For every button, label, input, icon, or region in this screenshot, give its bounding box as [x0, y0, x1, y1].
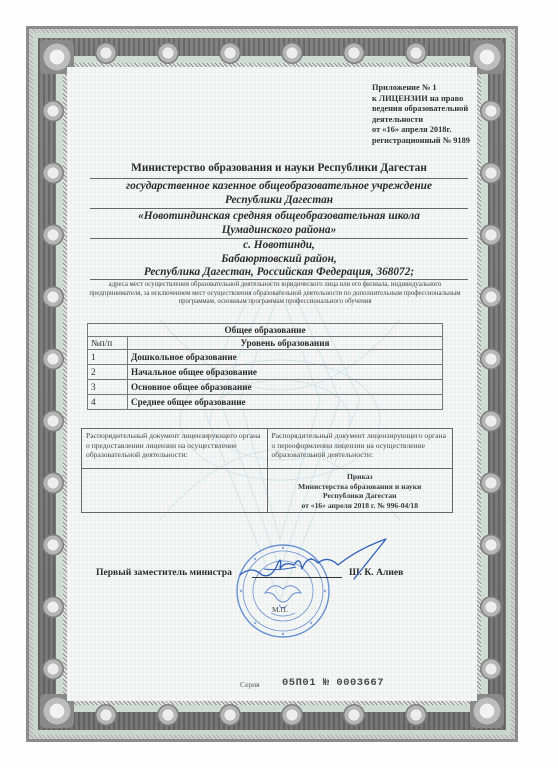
- frame-ornament-icon: [42, 658, 64, 680]
- table-row: 4 Среднее общее образование: [88, 395, 443, 410]
- frame-ornament-icon: [343, 42, 365, 64]
- frame-ornament-icon: [480, 534, 502, 556]
- grant-document-header: Распорядительный документ лицензирующего…: [82, 429, 268, 469]
- table-row: 3 Основное общее образование: [88, 380, 443, 395]
- frame-ornament-icon: [42, 348, 64, 370]
- stamp-label: М.П.: [272, 605, 288, 614]
- address-note: адреса мест осуществления образовательно…: [85, 281, 465, 307]
- signer-title: Первый заместитель министра: [96, 567, 232, 578]
- school-name: «Новотиндинская средняя общеобразователь…: [90, 210, 468, 237]
- frame-ornament-icon: [343, 704, 365, 726]
- frame-ornament-icon: [281, 42, 303, 64]
- frame-ornament-icon: [480, 286, 502, 308]
- row-level: Среднее общее образование: [128, 395, 443, 410]
- reissue-document-value: Приказ Министерства образования и науки …: [267, 469, 453, 513]
- frame-ornament-icon: [405, 42, 427, 64]
- row-number: 1: [88, 350, 128, 365]
- frame-ornament-icon: [480, 224, 502, 246]
- frame-ornament-icon: [42, 534, 64, 556]
- frame-ornament-icon: [95, 42, 117, 64]
- frame-ornament-icon: [95, 704, 117, 726]
- education-levels-table: Общее образование №п/п Уровень образован…: [87, 323, 443, 410]
- series-number: 05П01 № 0003667: [282, 677, 384, 689]
- table-caption: Общее образование: [88, 324, 443, 337]
- appendix-reference: Приложение № 1 к ЛИЦЕНЗИИ на право веден…: [372, 83, 512, 147]
- frame-ornament-icon: [219, 42, 241, 64]
- row-number: 2: [88, 365, 128, 380]
- frame-ornament-icon: [480, 658, 502, 680]
- series-label: Серия: [240, 680, 260, 689]
- row-number: 3: [88, 380, 128, 395]
- frame-ornament-icon: [42, 100, 64, 122]
- column-header-number: №п/п: [88, 337, 128, 350]
- frame-ornament-icon: [42, 162, 64, 184]
- appendix-line: ведения образовательной: [372, 104, 512, 115]
- frame-ornament-icon: [42, 472, 64, 494]
- divider: [90, 208, 468, 209]
- order-line: Приказ: [272, 472, 449, 482]
- frame-ornament-icon: [480, 596, 502, 618]
- frame-ornament-icon: [42, 410, 64, 432]
- order-line: Республики Дагестан: [272, 491, 449, 501]
- license-documents-table: Распорядительный документ лицензирующего…: [81, 428, 453, 513]
- frame-ornament-icon: [480, 348, 502, 370]
- frame-ornament-icon: [42, 596, 64, 618]
- table-row: 1 Дошкольное образование: [88, 350, 443, 365]
- appendix-line: Приложение № 1: [372, 83, 512, 94]
- row-level: Начальное общее образование: [128, 365, 443, 380]
- column-header-level: Уровень образования: [128, 337, 443, 350]
- order-line: Министерства образования и науки: [272, 482, 449, 492]
- school-address: с. Новотинди, Бабаюртовский район, Респу…: [90, 239, 468, 280]
- address-line: Республика Дагестан, Российская Федераци…: [90, 266, 468, 280]
- divider: [90, 279, 468, 280]
- address-line: с. Новотинди,: [90, 239, 468, 253]
- appendix-line: регистрационный № 9189: [372, 136, 512, 147]
- frame-ornament-icon: [157, 704, 179, 726]
- order-line: от «16» апреля 2018 г. № 996-04/18: [272, 501, 449, 511]
- ministry-heading: Министерство образования и науки Республ…: [90, 162, 468, 174]
- handwritten-signature-icon: [238, 535, 398, 585]
- org-type-line: Республики Дагестан: [90, 194, 468, 208]
- reissue-document-header: Распорядительный документ лицензирующего…: [267, 429, 453, 469]
- frame-ornament-icon: [405, 704, 427, 726]
- frame-ornament-icon: [281, 704, 303, 726]
- frame-ornament-icon: [42, 224, 64, 246]
- school-name-line: «Новотиндинская средняя общеобразователь…: [90, 210, 468, 224]
- school-name-line: Цумадинского района»: [90, 224, 468, 238]
- frame-ornament-icon: [480, 410, 502, 432]
- row-level: Дошкольное образование: [128, 350, 443, 365]
- row-number: 4: [88, 395, 128, 410]
- divider: [90, 178, 468, 179]
- appendix-line: от «16» апреля 2018г.: [372, 125, 512, 136]
- appendix-line: к ЛИЦЕНЗИИ на право: [372, 94, 512, 105]
- table-row: 2 Начальное общее образование: [88, 365, 443, 380]
- frame-ornament-icon: [157, 42, 179, 64]
- frame-ornament-icon: [480, 162, 502, 184]
- org-type-line: государственное казенное общеобразовател…: [90, 180, 468, 194]
- grant-document-value: [82, 469, 268, 513]
- row-level: Основное общее образование: [128, 380, 443, 395]
- address-line: Бабаюртовский район,: [90, 253, 468, 267]
- appendix-line: деятельности: [372, 115, 512, 126]
- org-type: государственное казенное общеобразовател…: [90, 180, 468, 207]
- frame-ornament-icon: [42, 286, 64, 308]
- frame-ornament-icon: [480, 472, 502, 494]
- frame-ornament-icon: [219, 704, 241, 726]
